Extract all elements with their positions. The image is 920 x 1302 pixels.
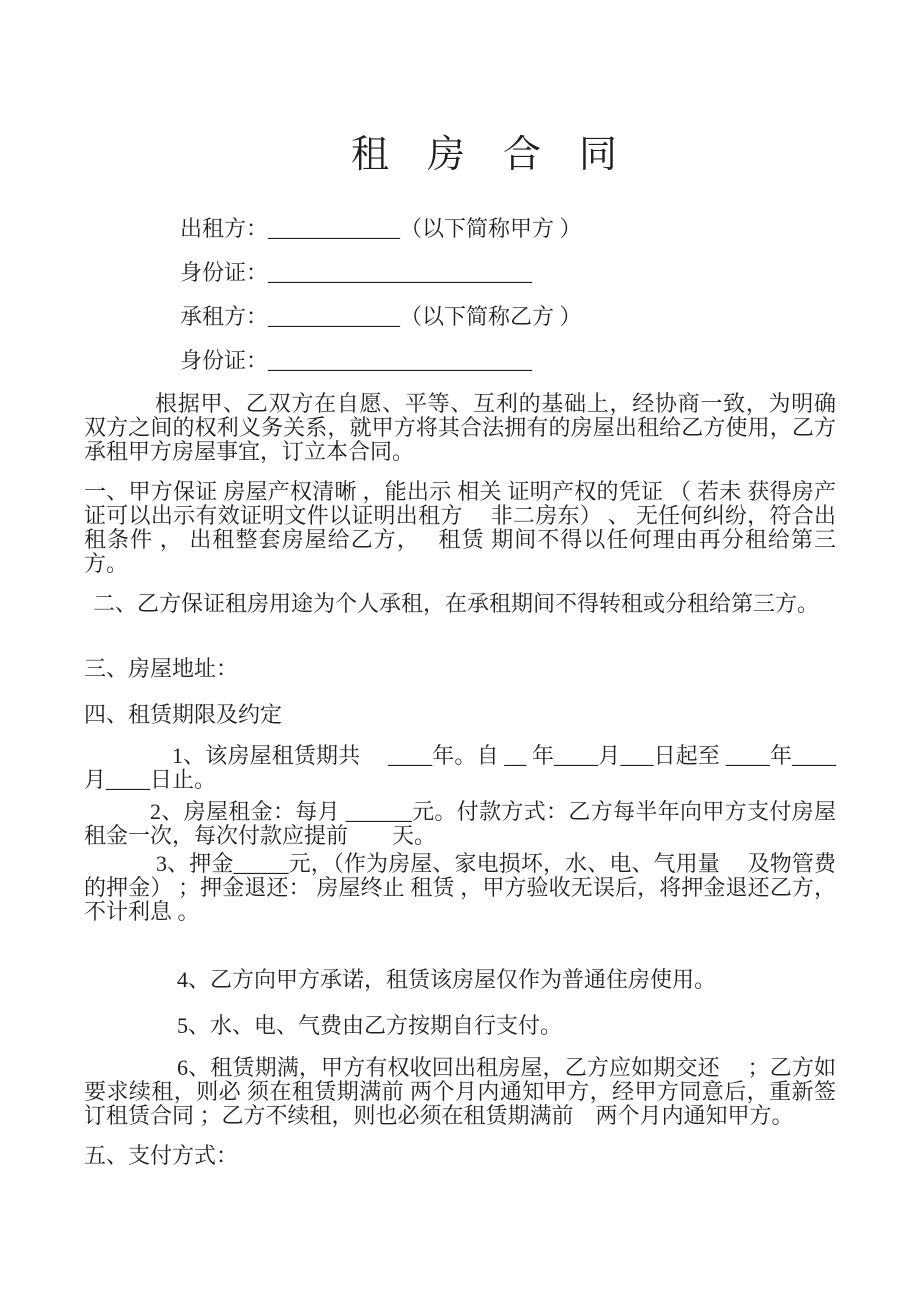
term-item-1-duration: 1、该房屋租赁期共 ____年。自 __ 年____月___日起至 ____年_… [84, 744, 836, 792]
lessor-field: 出租方：____________（以下简称甲方 ） [84, 216, 836, 241]
lessor-blank-line: ____________ [268, 216, 400, 241]
lessee-blank-line: ____________ [268, 304, 400, 329]
term-item-2-rent: 2、房屋租金：每月 ______元。付款方式：乙方每半年向甲方支付房屋租金一次，… [84, 800, 836, 848]
lessor-alias-note: （以下简称甲方 ） [400, 216, 582, 241]
term-item-5-utilities: 5、水、电、气费由乙方按期自行支付。 [84, 1014, 836, 1038]
lessee-id-label: 身份证： [180, 348, 268, 373]
clause-2-personal-use: 二、乙方保证租房用途为个人承租，在承租期间不得转租或分租给第三方。 [84, 592, 836, 616]
lessee-id-blank-line: ________________________ [268, 348, 532, 373]
clause-4-lease-term: 四、租赁期限及约定 [84, 703, 836, 727]
clause-5-payment-method: 五、支付方式： [84, 1144, 836, 1168]
term-item-6-renewal: 6、租赁期满，甲方有权收回出租房屋，乙方应如期交还 ；乙方如要求续租，则必 须在… [84, 1056, 836, 1128]
lessee-field: 承租方：____________（以下简称乙方 ） [84, 304, 836, 329]
lessee-alias-note: （以下简称乙方 ） [400, 304, 582, 329]
lessor-id-label: 身份证： [180, 260, 268, 285]
lessor-label: 出租方： [180, 216, 268, 241]
contract-document-page: 租 房 合 同 出租方：____________（以下简称甲方 ） 身份证：__… [0, 0, 920, 1302]
clause-3-address: 三、房屋地址： [84, 657, 836, 681]
term-item-3-deposit: 3、押金_____元，（作为房屋、家电损坏，水、电、气用量 及物管费的押金） ；… [84, 852, 836, 924]
lessee-label: 承租方： [180, 304, 268, 329]
document-content: 租 房 合 同 出租方：____________（以下简称甲方 ） 身份证：__… [0, 130, 920, 1168]
term-item-4-usage: 4、乙方向甲方承诺，租赁该房屋仅作为普通住房使用。 [84, 968, 836, 992]
lessor-id-field: 身份证：________________________ [84, 260, 836, 285]
document-title: 租 房 合 同 [84, 130, 836, 180]
lessor-id-blank-line: ________________________ [268, 260, 532, 285]
clause-1-ownership: 一、甲方保证 房屋产权清晰 ，能出示 相关 证明产权的凭证 （ 若未 获得房产证… [84, 480, 836, 576]
lessee-id-field: 身份证：________________________ [84, 348, 836, 373]
intro-paragraph: 根据甲、乙双方在自愿、平等、互利的基础上，经协商一致，为明确双方之间的权利义务关… [84, 392, 836, 464]
